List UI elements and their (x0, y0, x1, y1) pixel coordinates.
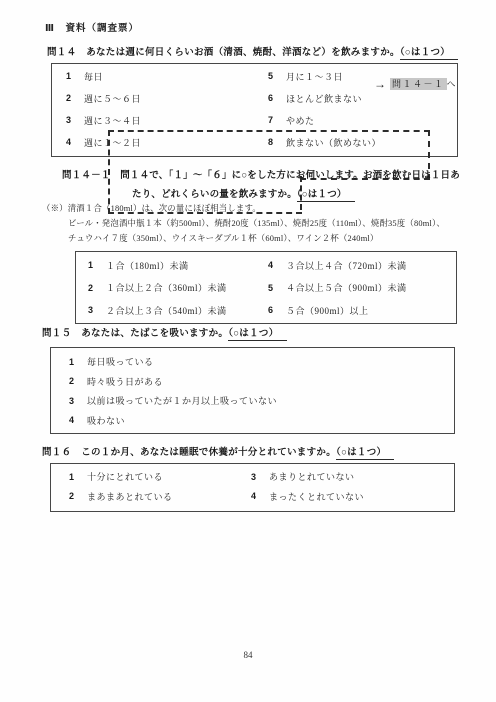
option-label: ２合以上３合（540ml）未満 (106, 304, 227, 317)
option-row: 5 ４合以上５合（900ml）未満 (268, 277, 407, 300)
option-row: 4 ３合以上４合（720ml）未満 (268, 254, 407, 277)
option-row: 4 まったくとれていない (251, 487, 364, 507)
option-label: 以前は吸っていたが１か月以上吸っていない (87, 394, 277, 407)
q14-1-options-right-column: 4 ３合以上４合（720ml）未満 5 ４合以上５合（900ml）未満 6 ５合… (268, 254, 407, 322)
option-label: 週に３～４日 (84, 114, 141, 127)
option-label: 飲まない（飲めない） (286, 136, 381, 149)
q14-1-title-line1: 問１４－１ 問１４で、「１」～「６」に○をした方にお伺いします。お酒を飲む日は１… (62, 166, 460, 185)
option-row: 4 週に１～２日 (66, 131, 141, 153)
option-row: 2 週に５～６日 (66, 87, 141, 109)
q14-circle-one-note: （○は１つ） (400, 47, 458, 60)
q16-circle-one-note: （○は１つ） (336, 447, 394, 460)
q15-title: 問１５ あなたは、たばこを吸いますか。（○は１つ） (42, 327, 287, 341)
option-row: 2 １合以上２合（360ml）未満 (88, 277, 227, 300)
q15-circle-one-note: （○は１つ） (228, 328, 286, 341)
option-row: 1 １合（180ml）未満 (88, 254, 227, 277)
option-number: 2 (88, 283, 106, 293)
option-number: 6 (268, 93, 286, 103)
q15-title-text: 問１５ あなたは、たばこを吸いますか。 (42, 328, 228, 339)
option-number: 4 (251, 491, 269, 501)
q14-title: 問１４ あなたは週に何日くらいお酒（清酒、焼酎、洋酒など）を飲みますか。（○は１… (47, 46, 458, 60)
right-arrow-icon: → (374, 78, 386, 90)
option-label: ほとんど飲まない (286, 92, 362, 105)
branch-target-label: 問１４－１ (390, 78, 447, 90)
branch-suffix: へ (447, 79, 456, 89)
option-number: 4 (69, 415, 87, 425)
option-number: 3 (88, 305, 106, 315)
option-label: １合（180ml）未満 (106, 259, 189, 272)
q15-answer-box: 1 毎日吸っている 2 時々吸う日がある 3 以前は吸っていたが１か月以上吸って… (50, 347, 455, 434)
option-row: 3 以前は吸っていたが１か月以上吸っていない (69, 391, 277, 411)
option-row: 1 毎日吸っている (69, 352, 277, 372)
option-number: 3 (66, 115, 84, 125)
option-number: 5 (268, 283, 286, 293)
option-row: 4 吸わない (69, 411, 277, 431)
note-line2: ビール・発泡酒中瓶１本（約500ml）、焼酎20度（135ml）、焼酎25度（1… (68, 216, 445, 231)
q16-answer-box: 1 十分にとれている 2 まあまあとれている 3 あまりとれていない 4 まった… (50, 463, 455, 512)
option-label: 週に１～２日 (84, 136, 141, 149)
option-label: あまりとれていない (269, 470, 355, 483)
option-label: 時々吸う日がある (87, 375, 163, 388)
option-row: 6 ほとんど飲まない (268, 87, 381, 109)
q14-1-answer-box: 1 １合（180ml）未満 2 １合以上２合（360ml）未満 3 ２合以上３合… (75, 251, 457, 324)
q16-options-right-column: 3 あまりとれていない 4 まったくとれていない (251, 467, 364, 506)
page-number: 84 (0, 650, 496, 660)
option-number: 1 (88, 260, 106, 270)
option-number: 1 (69, 357, 87, 367)
survey-page: Ⅲ 資料（調査票） 問１４ あなたは週に何日くらいお酒（清酒、焼酎、洋酒など）を… (0, 0, 496, 702)
q14-1-equivalence-note: （※）清酒１合（180ml）は、次の量にほぼ相当します。 ビール・発泡酒中瓶１本… (42, 201, 445, 246)
option-row: 6 ５合（900ml）以上 (268, 299, 407, 322)
option-number: 2 (69, 491, 87, 501)
option-label: 十分にとれている (87, 470, 163, 483)
option-number: 3 (251, 472, 269, 482)
option-label: 毎日 (84, 70, 103, 83)
q16-options-left-column: 1 十分にとれている 2 まあまあとれている (69, 467, 173, 506)
q16-title: 問１６ この１か月、あなたは睡眠で休養が十分とれていますか。（○は１つ） (42, 446, 394, 460)
option-row: 5 月に１～３日 (268, 65, 381, 87)
option-row: 2 まあまあとれている (69, 487, 173, 507)
option-row: 3 ２合以上３合（540ml）未満 (88, 299, 227, 322)
q15-options-column: 1 毎日吸っている 2 時々吸う日がある 3 以前は吸っていたが１か月以上吸って… (69, 352, 277, 430)
option-row: 1 毎日 (66, 65, 141, 87)
document-section-header: Ⅲ 資料（調査票） (45, 20, 139, 34)
q14-options-left-column: 1 毎日 2 週に５～６日 3 週に３～４日 4 週に１～２日 (66, 65, 141, 153)
option-label: やめた (286, 114, 315, 127)
option-number: 8 (268, 137, 286, 147)
option-number: 2 (66, 93, 84, 103)
option-row: 3 週に３～４日 (66, 109, 141, 131)
option-number: 3 (69, 396, 87, 406)
option-number: 5 (268, 71, 286, 81)
option-number: 1 (66, 71, 84, 81)
q14-title-text: 問１４ あなたは週に何日くらいお酒（清酒、焼酎、洋酒など）を飲みますか。 (47, 47, 400, 58)
option-row: 7 やめた (268, 109, 381, 131)
option-number: 7 (268, 115, 286, 125)
q14-options-right-column: 5 月に１～３日 6 ほとんど飲まない 7 やめた 8 飲まない（飲めない） (268, 65, 381, 153)
option-number: 4 (268, 260, 286, 270)
option-row: 3 あまりとれていない (251, 467, 364, 487)
option-label: まったくとれていない (269, 490, 364, 503)
option-label: 月に１～３日 (286, 70, 343, 83)
note-line1: （※）清酒１合（180ml）は、次の量にほぼ相当します。 (42, 201, 445, 216)
q14-branch-annotation: → 問１４－１へ (374, 77, 456, 90)
option-label: 週に５～６日 (84, 92, 141, 105)
option-number: 2 (69, 376, 87, 386)
q14-1-title: 問１４－１ 問１４で、「１」～「６」に○をした方にお伺いします。お酒を飲む日は１… (62, 166, 460, 204)
option-number: 1 (69, 472, 87, 482)
option-row: 1 十分にとれている (69, 467, 173, 487)
q14-1-options-left-column: 1 １合（180ml）未満 2 １合以上２合（360ml）未満 3 ２合以上３合… (88, 254, 227, 322)
option-number: 4 (66, 137, 84, 147)
option-label: まあまあとれている (87, 490, 173, 503)
option-number: 6 (268, 305, 286, 315)
option-label: １合以上２合（360ml）未満 (106, 281, 227, 294)
note-line3: チュウハイ７度（350ml）、ウイスキーダブル１杯（60ml）、ワイン２杯（24… (68, 231, 445, 246)
option-label: 吸わない (87, 414, 125, 427)
option-label: ５合（900ml）以上 (286, 304, 369, 317)
option-label: ４合以上５合（900ml）未満 (286, 281, 407, 294)
option-label: ３合以上４合（720ml）未満 (286, 259, 407, 272)
option-row: 2 時々吸う日がある (69, 372, 277, 392)
q16-title-text: 問１６ この１か月、あなたは睡眠で休養が十分とれていますか。 (42, 447, 336, 458)
option-label: 毎日吸っている (87, 355, 154, 368)
option-row: 8 飲まない（飲めない） (268, 131, 381, 153)
